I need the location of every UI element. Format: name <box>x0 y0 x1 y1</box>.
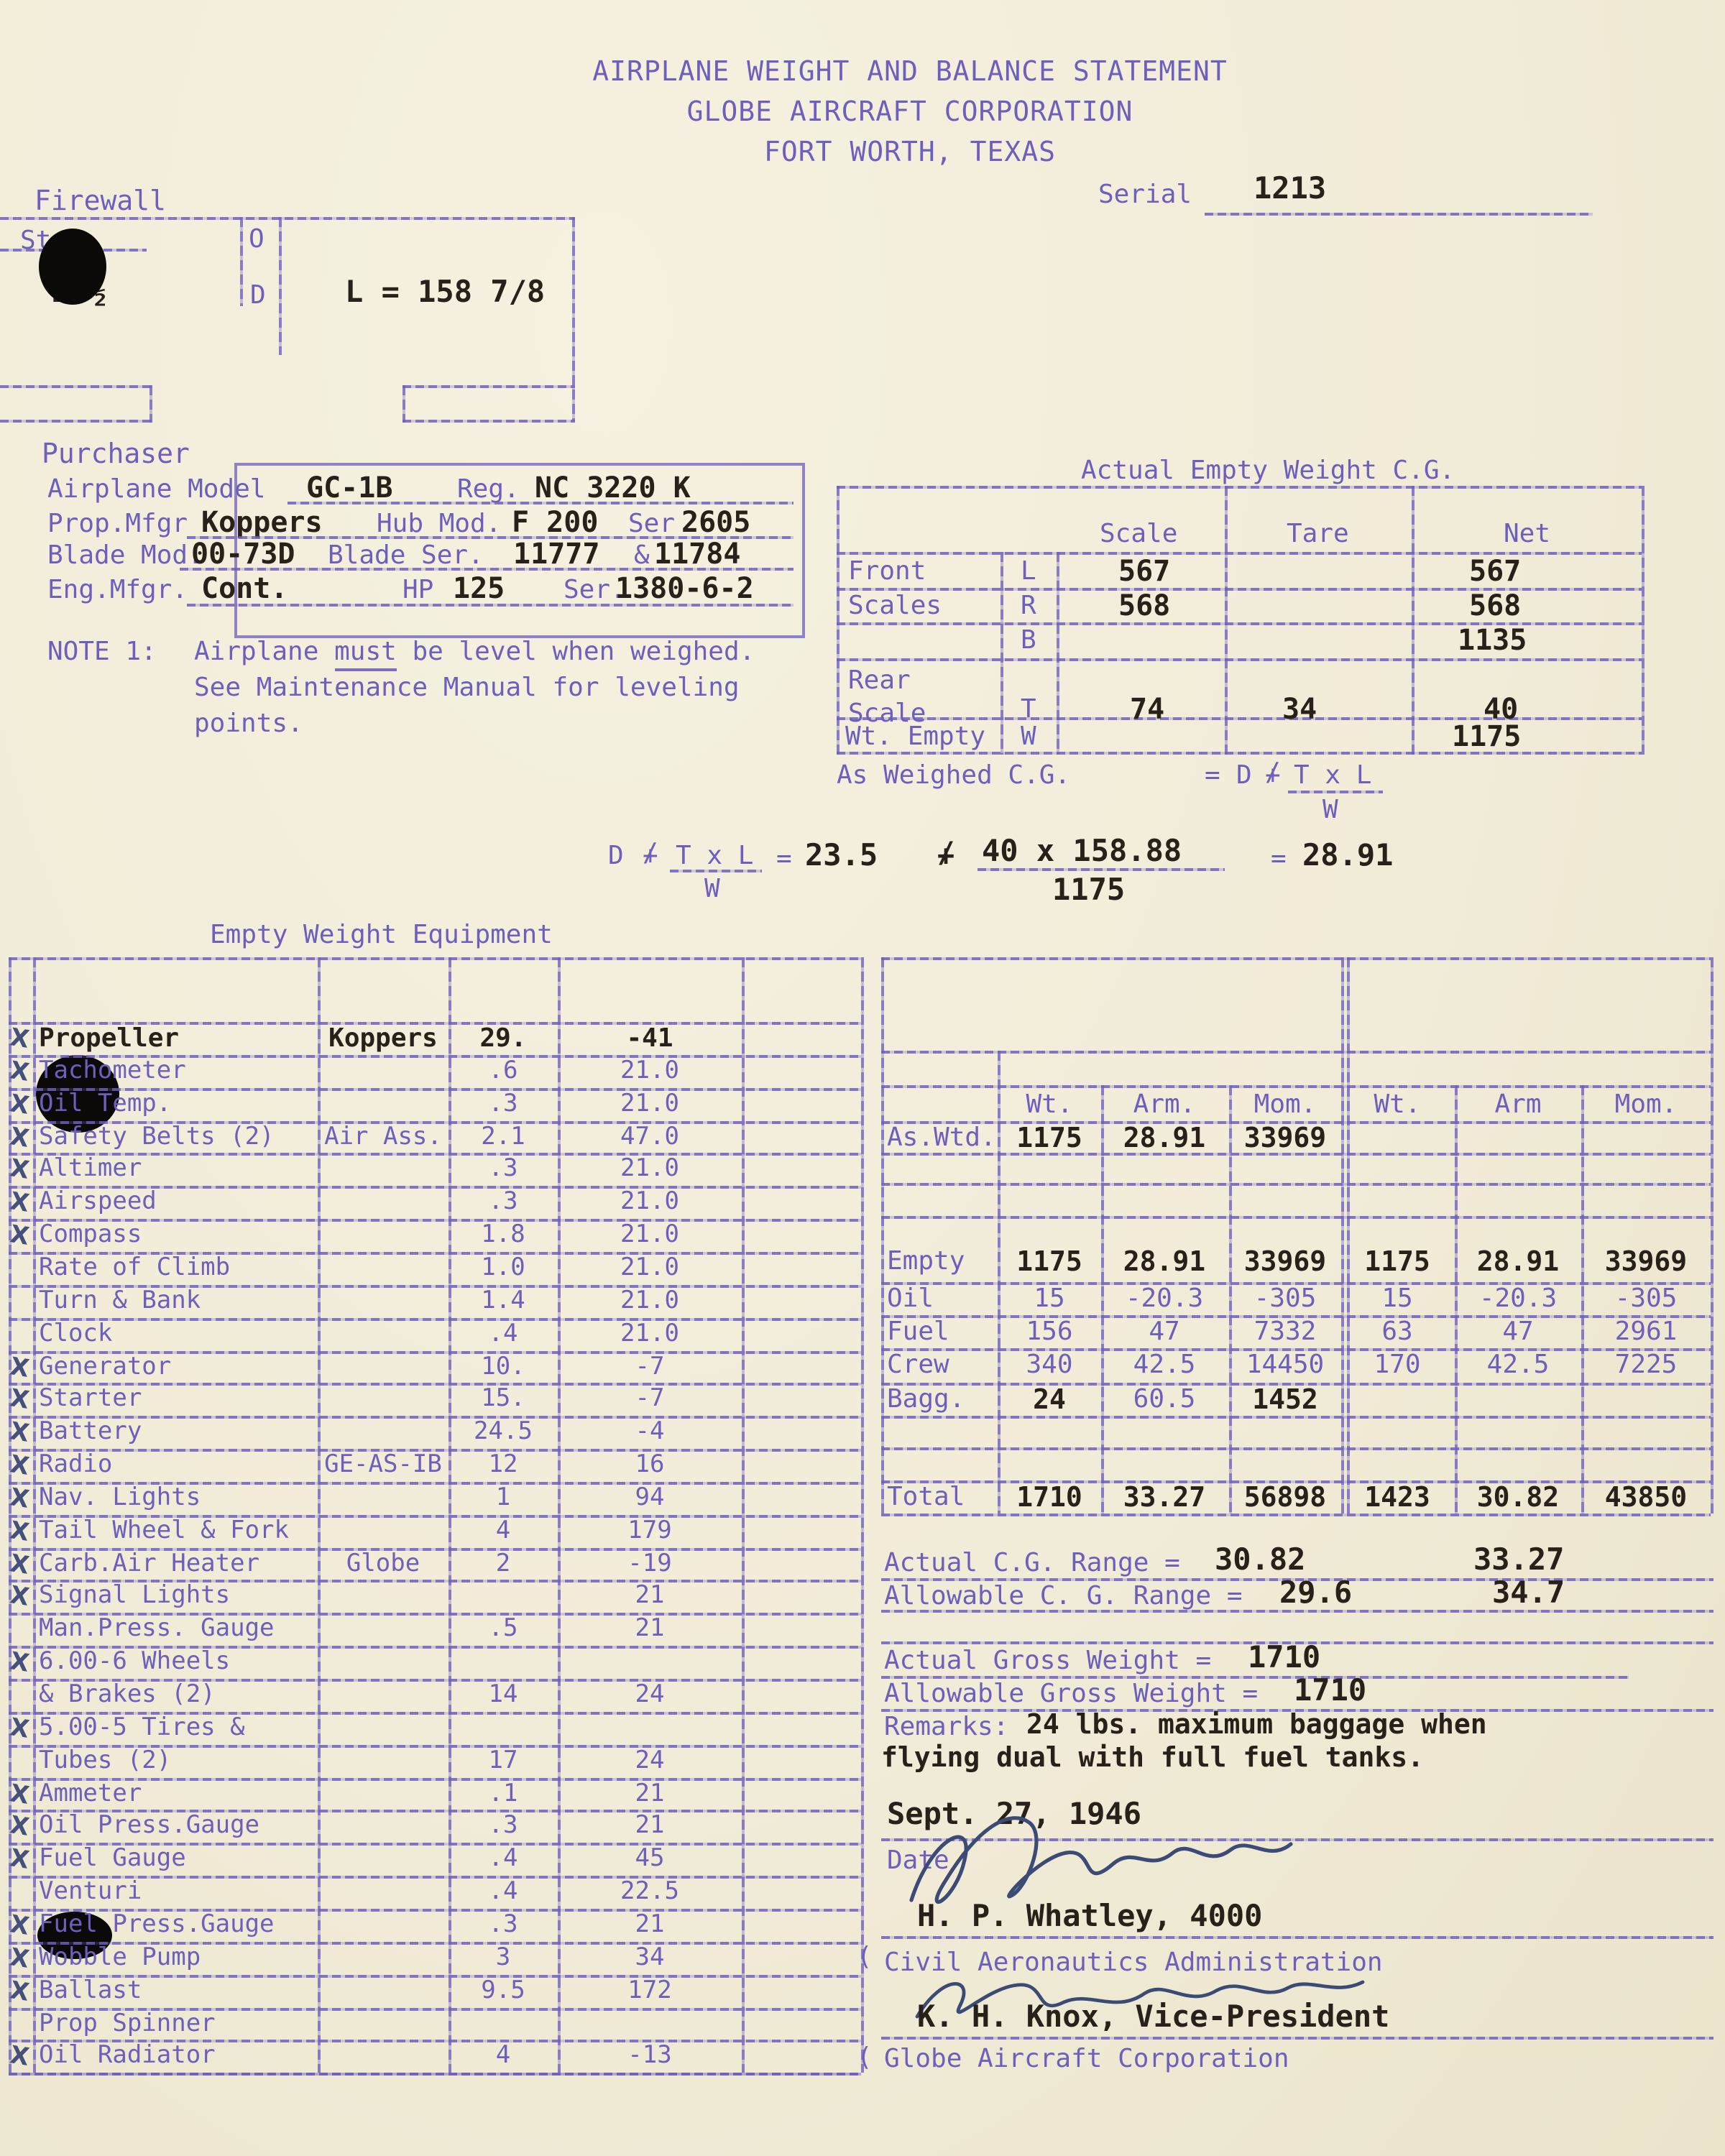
equipment-item-name: & Brakes (2) <box>39 1682 216 1709</box>
scanned-weight-balance-form: AIRPLANE WEIGHT AND BALANCE STATEMENT GL… <box>0 0 1725 2156</box>
condition-cell-value: 15 <box>1034 1285 1064 1314</box>
equipment-item-arm: 21 <box>635 1813 665 1841</box>
ampersand: & <box>634 542 650 571</box>
table-line <box>1229 1085 1232 1514</box>
plus-glyph: + <box>937 839 954 872</box>
eq-d: D <box>608 842 624 871</box>
equipment-item-arm: 172 <box>627 1977 671 2004</box>
table-line <box>1581 1085 1584 1514</box>
serial-label: Serial <box>1098 181 1192 210</box>
equipment-item-wt: 2.1 <box>481 1123 525 1151</box>
hp-value: 125 <box>453 572 505 604</box>
table-line <box>837 658 1642 661</box>
eq-numerator2: 40 x 158.88 <box>982 835 1182 869</box>
length-value: L = 158 7/8 <box>345 276 545 310</box>
equipment-item-name: Rate of Climb <box>39 1255 230 1282</box>
equipment-item-arm: 179 <box>627 1518 671 1545</box>
formula-numerator: T x L <box>1294 762 1371 791</box>
condition-cell-value: 1175 <box>1364 1248 1430 1279</box>
note-line1: Airplane must be level when weighed. <box>194 638 755 667</box>
equipment-item-name: Wobble Pump <box>39 1945 201 1972</box>
table-border <box>837 486 839 755</box>
condition-cell-value: 42.5 <box>1133 1351 1196 1380</box>
table-border <box>861 957 864 2073</box>
serial-underline <box>1205 213 1593 216</box>
sub-col-header: Mom. <box>1615 1091 1678 1120</box>
check-mark: X <box>8 1155 31 1187</box>
org2-name: Globe Aircraft Corporation <box>884 2045 1289 2074</box>
diagram-line <box>279 217 282 355</box>
diagram-line <box>0 385 152 388</box>
document-title: AIRPLANE WEIGHT AND BALANCE STATEMENT <box>287 57 1532 88</box>
equipment-item-name: Tubes (2) <box>39 1747 171 1774</box>
condition-cell-value: 47 <box>1502 1318 1533 1347</box>
sub-col-header: Wt. <box>1026 1091 1072 1120</box>
condition-cell-value: 7332 <box>1254 1318 1317 1347</box>
note-label: NOTE 1: <box>47 638 157 667</box>
check-mark: X <box>8 1220 31 1252</box>
eq-value2: 28.91 <box>1302 839 1393 873</box>
condition-cell-value: 14450 <box>1246 1351 1324 1380</box>
equipment-item-name: 5.00-5 Tires & <box>39 1715 245 1742</box>
eq-equals1: = <box>776 845 792 874</box>
equipment-item-arm: 21.0 <box>620 1156 679 1184</box>
equipment-item-wt: 4 <box>496 2043 511 2070</box>
condition-row-item: Bagg. <box>887 1386 965 1414</box>
cg-row-letter: W <box>1021 723 1036 752</box>
check-mark: X <box>8 1418 31 1450</box>
equipment-item-type: Globe <box>346 1550 420 1577</box>
cg-row-letter: B <box>1021 627 1036 655</box>
equipment-item-wt: .3 <box>489 1156 518 1184</box>
equipment-item-arm: -4 <box>635 1419 665 1446</box>
table-line <box>881 1085 1711 1088</box>
equipment-item-name: Oil Press.Gauge <box>39 1813 259 1841</box>
cg-col-net: Net <box>1504 520 1550 549</box>
equipment-item-type: Koppers <box>328 1025 438 1054</box>
check-mark: X <box>8 1549 31 1580</box>
eq-denominator2: 1175 <box>1052 874 1125 908</box>
hub-mod-label: Hub Mod. <box>377 510 501 539</box>
table-line <box>1000 552 1003 755</box>
blade-ser-label: Blade Ser. <box>328 542 484 571</box>
note-text: be level when weighed. <box>397 637 755 667</box>
rule-line <box>881 2037 1713 2040</box>
condition-cell-value: -305 <box>1615 1285 1678 1314</box>
table-line <box>998 1051 1000 1514</box>
condition-cell-value: -20.3 <box>1479 1285 1557 1314</box>
equipment-item-wt: 12 <box>489 1452 518 1479</box>
blade-ser-value: 11777 <box>513 538 599 570</box>
cg-row-letter: T <box>1021 696 1036 724</box>
remarks-line1: 24 lbs. maximum baggage when <box>1026 1710 1487 1741</box>
diagram-line <box>149 385 152 423</box>
equipment-item-name: Ammeter <box>39 1780 142 1807</box>
condition-cell-value: 15 <box>1381 1285 1412 1314</box>
table-line <box>1225 486 1228 755</box>
equipment-item-arm: -19 <box>627 1550 671 1577</box>
condition-cell-value: 1452 <box>1252 1386 1318 1416</box>
equipment-item-wt: 1 <box>496 1485 511 1512</box>
as-weighed-label: As Weighed C.G. <box>837 762 1070 791</box>
eq-value1: 23.5 <box>805 839 878 873</box>
cg-row-label: Rear Scale <box>848 664 926 730</box>
condition-row-item: Crew <box>887 1351 949 1380</box>
check-mark: X <box>8 1582 31 1613</box>
reg-label: Reg. <box>457 476 520 505</box>
check-mark: X <box>8 1713 31 1745</box>
equipment-item-name: Radio <box>39 1452 112 1479</box>
check-mark: X <box>8 1483 31 1515</box>
cg-table-title: Actual Empty Weight C.G. <box>1081 457 1455 486</box>
equipment-item-name: Nav. Lights <box>39 1485 201 1512</box>
equipment-item-wt: .4 <box>489 1320 518 1347</box>
model-value: GC-1B <box>306 471 392 504</box>
condition-cell-value: 1175 <box>1016 1124 1082 1155</box>
hp-label: HP <box>402 576 433 605</box>
cg-col-scale: Scale <box>1100 520 1177 549</box>
actual-cg-range-v1: 30.82 <box>1215 1544 1305 1577</box>
cg-row-label: Wt. Empty <box>845 723 985 752</box>
note-line2: See Maintenance Manual for leveling <box>194 674 740 703</box>
stray-paren-mark: ( <box>857 2044 873 2073</box>
equipment-item-name: Tail Wheel & Fork <box>39 1518 289 1545</box>
actual-gross-label: Actual Gross Weight = <box>884 1647 1211 1676</box>
stray-paren-mark: ( <box>857 1943 873 1972</box>
condition-cell-value: 56898 <box>1244 1483 1326 1514</box>
equipment-item-arm: 21.0 <box>620 1189 679 1217</box>
table-border <box>1642 486 1644 755</box>
check-mark: X <box>8 1845 31 1876</box>
equipment-item-wt: .5 <box>489 1616 518 1644</box>
equipment-item-arm: 47.0 <box>620 1123 679 1151</box>
condition-cell-value: 1710 <box>1016 1483 1082 1514</box>
condition-cell-value: 33969 <box>1605 1248 1687 1279</box>
check-mark: X <box>8 1188 31 1220</box>
cg-row-letter: R <box>1021 592 1036 621</box>
condition-cell-value: 63 <box>1381 1318 1412 1347</box>
check-mark: X <box>8 1647 31 1679</box>
table-line <box>881 1416 1711 1419</box>
table-line <box>9 1317 861 1320</box>
blade-mod-label: Blade Mod. <box>47 542 203 571</box>
condition-cell-value: 28.91 <box>1477 1248 1559 1279</box>
condition-cell-value: 24 <box>1033 1386 1066 1416</box>
equipment-item-name: Man.Press. Gauge <box>39 1616 275 1644</box>
equipment-item-arm: 94 <box>635 1485 665 1512</box>
plus-glyph: + <box>643 842 658 871</box>
diagram-line <box>0 420 152 423</box>
serial-value: 1213 <box>1253 172 1326 206</box>
cg-scale-value: 74 <box>1130 693 1164 725</box>
check-mark: X <box>8 1516 31 1548</box>
allowable-gross-value: 1710 <box>1294 1674 1366 1708</box>
equipment-item-wt: 1.4 <box>481 1288 525 1315</box>
condition-row-item: Total <box>887 1483 965 1512</box>
table-line <box>1341 957 1344 1514</box>
eng-mfgr-label: Eng.Mfgr. <box>47 576 188 605</box>
sub-col-header: Arm. <box>1133 1091 1196 1120</box>
equipment-item-wt: .3 <box>489 1090 518 1118</box>
check-mark: X <box>8 1976 31 2007</box>
note-underlined-word: must <box>334 637 397 671</box>
equipment-item-name: 6.00-6 Wheels <box>39 1649 230 1676</box>
equipment-table-title: Empty Weight Equipment <box>210 921 553 950</box>
allowable-cg-range-v2: 34.7 <box>1492 1577 1565 1611</box>
eq-numerator: T x L <box>676 842 753 871</box>
check-mark: X <box>8 1023 31 1055</box>
cg-row-letter: L <box>1021 558 1036 586</box>
cg-col-tare: Tare <box>1287 520 1349 549</box>
condition-cell-value: 43850 <box>1605 1483 1687 1514</box>
condition-cell-value: 33969 <box>1244 1124 1326 1155</box>
check-mark: X <box>8 1352 31 1383</box>
diagram-line <box>240 217 243 306</box>
condition-cell-value: 33969 <box>1244 1248 1326 1279</box>
condition-cell-value: 2961 <box>1615 1318 1678 1347</box>
blade-mod-value: 00-73D <box>191 538 295 570</box>
equipment-item-arm: 21.0 <box>620 1058 679 1085</box>
condition-cell-value: 1423 <box>1364 1483 1430 1514</box>
equipment-item-arm: -7 <box>635 1353 665 1381</box>
formula-denominator: W <box>1322 796 1338 825</box>
cg-net-value: 567 <box>1469 555 1521 587</box>
equipment-item-name: Ballast <box>39 1977 142 2004</box>
equipment-item-wt: 1.8 <box>481 1222 525 1249</box>
equipment-item-arm: 21.0 <box>620 1090 679 1118</box>
equipment-item-wt: 3 <box>496 1945 511 1972</box>
condition-cell-value: 7225 <box>1615 1351 1678 1380</box>
condition-cell-value: 170 <box>1374 1351 1420 1380</box>
condition-cell-value: 30.82 <box>1477 1483 1559 1514</box>
table-line <box>881 1183 1711 1186</box>
equipment-item-arm: 21 <box>635 1912 665 1939</box>
table-line <box>881 1447 1711 1450</box>
check-mark: X <box>8 1056 31 1088</box>
condition-row-item: Empty <box>887 1248 965 1276</box>
table-line <box>9 2073 861 2076</box>
equipment-item-name: Battery <box>39 1419 142 1446</box>
check-mark: X <box>8 1122 31 1153</box>
equipment-item-wt: .6 <box>489 1058 518 1085</box>
equipment-item-name: Tachometer <box>39 1058 186 1085</box>
plus-glyph: + <box>1265 762 1281 791</box>
equipment-item-wt: 14 <box>489 1682 518 1709</box>
signer1-name: H. P. Whatley, 4000 <box>917 1900 1262 1934</box>
actual-gross-value: 1710 <box>1248 1641 1320 1675</box>
equipment-item-arm: 21.0 <box>620 1288 679 1315</box>
equipment-item-wt: .3 <box>489 1912 518 1939</box>
check-mark: X <box>8 1779 31 1810</box>
plus-slash-symbol: + <box>643 842 658 871</box>
condition-cell-value: 60.5 <box>1133 1386 1196 1414</box>
fraction-bar <box>670 870 762 872</box>
hub-ser-value: 2605 <box>681 506 750 538</box>
diagram-line <box>0 217 575 220</box>
blade-ser-value2: 11784 <box>654 538 740 570</box>
condition-cell-value: 47 <box>1149 1318 1179 1347</box>
allowable-cg-range-label: Allowable C. G. Range = <box>884 1583 1243 1611</box>
remarks-label: Remarks: <box>884 1713 1008 1742</box>
actual-cg-range-label: Actual C.G. Range = <box>884 1549 1180 1578</box>
remarks-line2: flying dual with full fuel tanks. <box>881 1743 1424 1774</box>
check-mark: X <box>8 1385 31 1416</box>
formula-d: D <box>1236 762 1252 791</box>
check-mark: X <box>8 1943 31 1975</box>
table-line <box>1347 957 1350 1514</box>
cg-net-value: 568 <box>1469 589 1521 622</box>
firewall-diagram-title: Firewall <box>34 187 166 218</box>
equipment-item-wt: .3 <box>489 1813 518 1841</box>
signer2-name: K. H. Knox, Vice-President <box>917 2001 1389 2035</box>
hub-ser-label: Ser <box>628 510 675 539</box>
table-border <box>9 957 861 960</box>
sub-col-header: Wt. <box>1374 1091 1420 1120</box>
condition-row-item: As.Wtd. <box>887 1124 996 1153</box>
condition-cell-value: -20.3 <box>1126 1285 1203 1314</box>
cg-row-label: Scales <box>848 592 942 621</box>
table-border <box>881 957 1711 960</box>
table-line <box>1412 486 1414 755</box>
equipment-item-name: Fuel Gauge <box>39 1846 186 1874</box>
equipment-item-wt: 17 <box>489 1747 518 1774</box>
note-text: Airplane <box>194 637 334 667</box>
eq-equals2: = <box>1271 845 1287 874</box>
equipment-item-wt: 1.0 <box>481 1255 525 1282</box>
check-mark: X <box>8 1812 31 1843</box>
condition-cell-value: 1175 <box>1016 1248 1082 1279</box>
table-line <box>881 1051 1711 1054</box>
check-mark: X <box>8 2042 31 2073</box>
equipment-item-arm: -7 <box>635 1386 665 1414</box>
equipment-item-arm: -13 <box>627 2043 671 2070</box>
field-underline <box>187 604 793 607</box>
equipment-item-arm: 22.5 <box>620 1879 679 1906</box>
condition-cell-value: 28.91 <box>1123 1248 1205 1279</box>
sub-col-header: Mom. <box>1254 1091 1317 1120</box>
table-line <box>1101 1085 1104 1514</box>
equipment-item-name: Prop Spinner <box>39 2010 216 2037</box>
equipment-item-arm: 45 <box>635 1846 665 1874</box>
equipment-item-wt: 29. <box>479 1025 526 1054</box>
plus-slash-symbol: + <box>1265 762 1281 791</box>
cg-scale-value: 568 <box>1118 589 1170 622</box>
equipment-item-name: Safety Belts (2) <box>39 1123 275 1151</box>
equipment-item-arm: 16 <box>635 1452 665 1479</box>
datum-o-label: O <box>249 226 264 254</box>
hub-mod-value: F 200 <box>512 506 598 538</box>
equipment-item-name: Generator <box>39 1353 171 1381</box>
equipment-item-name: Signal Lights <box>39 1583 230 1611</box>
eng-ser-value: 1380-6-2 <box>615 572 754 604</box>
table-line <box>881 1514 1711 1516</box>
equipment-item-arm: 34 <box>635 1945 665 1972</box>
table-border <box>837 486 1642 489</box>
equipment-item-wt: 9.5 <box>481 1977 525 2004</box>
equipment-item-arm: 21.0 <box>620 1222 679 1249</box>
equipment-item-wt: .4 <box>489 1846 518 1874</box>
allowable-gross-label: Allowable Gross Weight = <box>884 1680 1258 1709</box>
company-location: FORT WORTH, TEXAS <box>287 138 1532 169</box>
condition-cell-value: 33.27 <box>1123 1483 1205 1514</box>
equipment-item-name: Venturi <box>39 1879 142 1906</box>
check-mark: X <box>8 1450 31 1482</box>
reg-value: NC 3220 K <box>535 471 691 504</box>
equipment-item-name: Altimer <box>39 1156 142 1184</box>
condition-cell-value: 156 <box>1026 1318 1072 1347</box>
table-line <box>1057 552 1059 755</box>
cg-tare-value: 34 <box>1282 693 1317 725</box>
equipment-item-wt: .4 <box>489 1879 518 1906</box>
formula-equals: = <box>1205 762 1220 791</box>
condition-cell-value: 42.5 <box>1487 1351 1550 1380</box>
equipment-item-wt: .3 <box>489 1189 518 1217</box>
equipment-item-name: Carb.Air Heater <box>39 1550 259 1577</box>
table-line <box>1455 1085 1458 1514</box>
condition-cell-value: 28.91 <box>1123 1124 1205 1155</box>
diagram-line <box>572 217 575 421</box>
check-mark: X <box>8 1910 31 1942</box>
equipment-item-arm: -41 <box>626 1025 673 1054</box>
equipment-item-arm: 21 <box>635 1583 665 1611</box>
eq-denominator: W <box>704 875 720 904</box>
fraction-bar <box>977 868 1225 871</box>
equipment-item-wt: 15. <box>481 1386 525 1414</box>
condition-row-item: Fuel <box>887 1318 949 1347</box>
equipment-item-arm: 21 <box>635 1780 665 1807</box>
model-label: Airplane Model <box>47 476 265 505</box>
equipment-item-arm: 21 <box>635 1616 665 1644</box>
equipment-item-arm: 21.0 <box>620 1255 679 1282</box>
equipment-item-name: Starter <box>39 1386 142 1414</box>
equipment-item-name: Oil Temp. <box>39 1090 171 1118</box>
equipment-item-name: Clock <box>39 1320 112 1347</box>
condition-row-item: Oil <box>887 1285 934 1314</box>
equipment-item-wt: 2 <box>496 1550 511 1577</box>
rule-line <box>881 1936 1713 1939</box>
redaction-dot <box>39 229 106 305</box>
equipment-item-wt: 24.5 <box>474 1419 533 1446</box>
actual-cg-range-v2: 33.27 <box>1473 1544 1564 1577</box>
purchaser-heading: Purchaser <box>42 440 190 471</box>
prop-mfgr-value: Koppers <box>201 506 323 538</box>
equipment-item-type: Air Ass. <box>324 1123 442 1151</box>
prop-mfgr-label: Prop.Mfgr <box>47 510 188 539</box>
equipment-item-arm: 21.0 <box>620 1320 679 1347</box>
table-border <box>881 957 884 1514</box>
rule-line <box>881 1610 1713 1613</box>
equipment-item-name: Compass <box>39 1222 142 1249</box>
eng-mfgr-value: Cont. <box>201 572 287 604</box>
equipment-item-wt: 10. <box>481 1353 525 1381</box>
equipment-item-type: GE-AS-IB <box>324 1452 442 1479</box>
condition-cell-value: -305 <box>1254 1285 1317 1314</box>
equipment-item-arm: 24 <box>635 1682 665 1709</box>
company-name: GLOBE AIRCRAFT CORPORATION <box>287 98 1532 129</box>
diagram-line <box>402 385 405 423</box>
check-mark: X <box>8 1089 31 1121</box>
equipment-item-wt: .1 <box>489 1780 518 1807</box>
equipment-item-name: Airspeed <box>39 1189 157 1217</box>
equipment-item-name: Turn & Bank <box>39 1288 201 1315</box>
diagram-line <box>402 385 575 388</box>
note-line3: points. <box>194 710 303 739</box>
cg-net-value: 1175 <box>1452 720 1521 752</box>
cg-row-label: Front <box>848 558 926 586</box>
cg-scale-value: 567 <box>1118 555 1170 587</box>
table-border <box>1711 957 1713 1514</box>
condition-cell-value: 340 <box>1026 1351 1072 1380</box>
